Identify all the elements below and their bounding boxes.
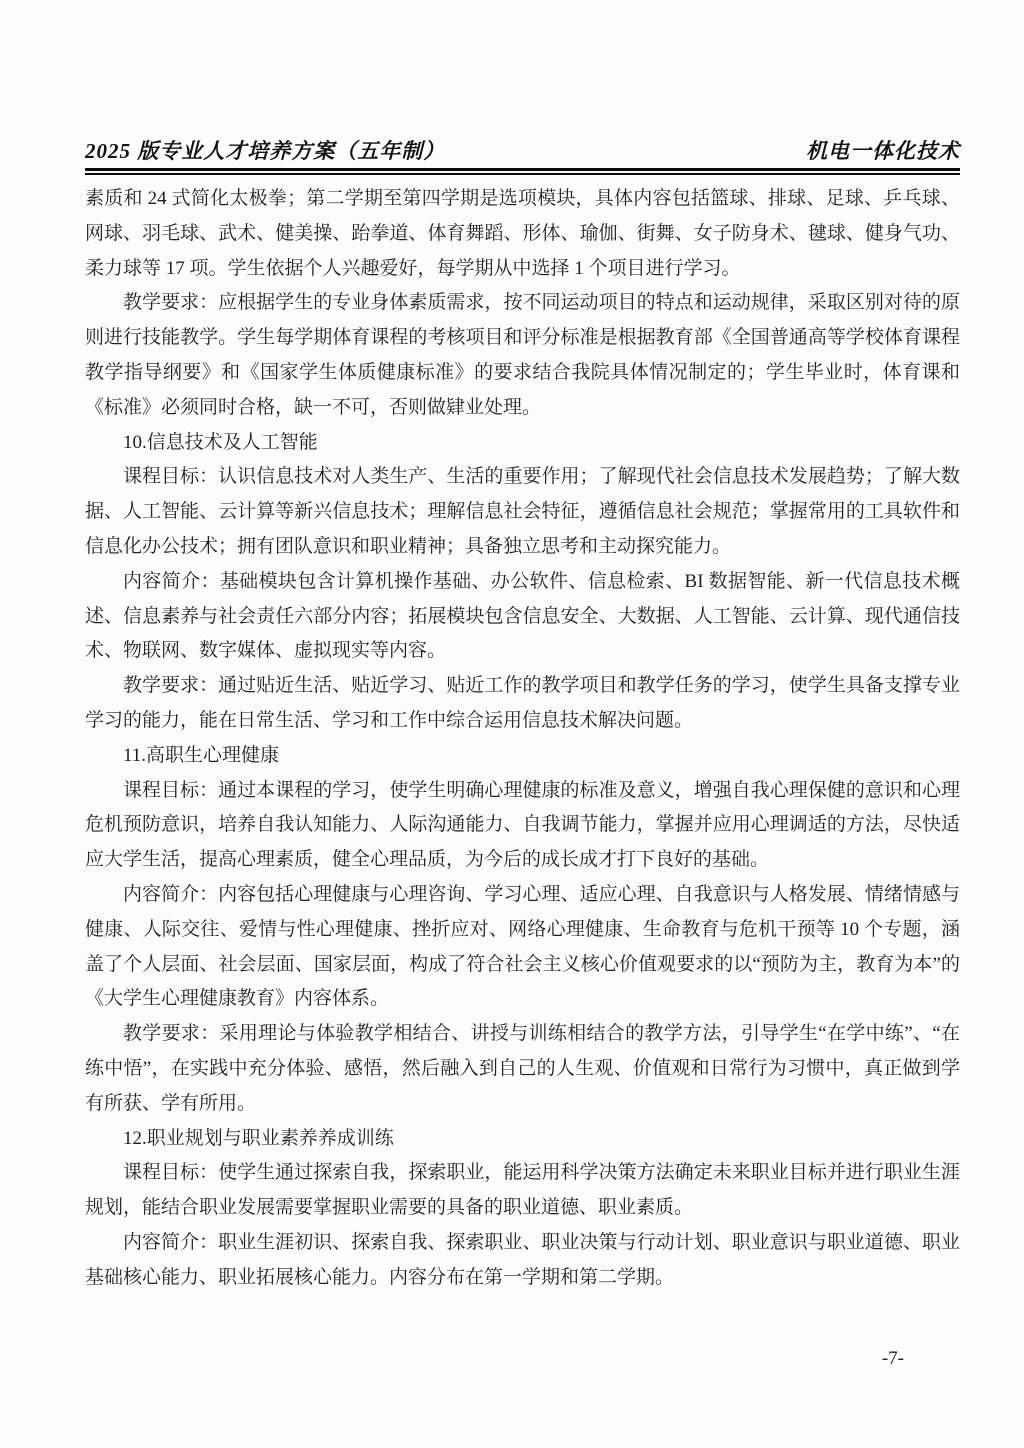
para-pe-elective-modules: 素质和 24 式简化太极拳；第二学期至第四学期是选项模块，具体内容包括篮球、排球… <box>85 182 960 286</box>
section-heading: 12.职业规划与职业素养养成训练 <box>85 1122 960 1157</box>
page-number: -7- <box>882 1348 904 1369</box>
document-body: 素质和 24 式简化太极拳；第二学期至第四学期是选项模块，具体内容包括篮球、排球… <box>85 182 960 1296</box>
header-left-title: 2025 版专业人才培养方案（五年制） <box>85 135 445 165</box>
para-pe-teaching-requirements: 教学要求：应根据学生的专业身体素质需求，按不同运动项目的特点和运动规律，采取区别… <box>85 286 960 425</box>
para-it-course-objectives: 课程目标：认识信息技术对人类生产、生活的重要作用；了解现代社会信息技术发展趋势；… <box>85 460 960 564</box>
para-career-content-summary: 内容简介：职业生涯初识、探索自我、探索职业、职业决策与行动计划、职业意识与职业道… <box>85 1226 960 1296</box>
para-psych-content-summary: 内容简介：内容包括心理健康与心理咨询、学习心理、适应心理、自我意识与人格发展、情… <box>85 878 960 1017</box>
header-right-title: 机电一体化技术 <box>806 135 960 165</box>
document-page: 2025 版专业人才培养方案（五年制） 机电一体化技术 素质和 24 式简化太极… <box>0 0 1024 1448</box>
page-footer: -7- <box>85 1348 960 1370</box>
header-double-rule <box>85 168 960 175</box>
para-career-course-objectives: 课程目标：使学生通过探索自我，探索职业，能运用科学决策方法确定未来职业目标并进行… <box>85 1156 960 1226</box>
section-heading: 11.高职生心理健康 <box>85 739 960 774</box>
para-psych-teaching-requirements: 教学要求：采用理论与体验教学相结合、讲授与训练相结合的教学方法，引导学生“在学中… <box>85 1017 960 1121</box>
page-header: 2025 版专业人才培养方案（五年制） 机电一体化技术 <box>85 134 960 166</box>
para-it-content-summary: 内容简介：基础模块包含计算机操作基础、办公软件、信息检索、BI 数据智能、新一代… <box>85 565 960 669</box>
section-heading: 10.信息技术及人工智能 <box>85 426 960 461</box>
para-psych-course-objectives: 课程目标：通过本课程的学习，使学生明确心理健康的标准及意义，增强自我心理保健的意… <box>85 774 960 878</box>
para-it-teaching-requirements: 教学要求：通过贴近生活、贴近学习、贴近工作的教学项目和教学任务的学习，使学生具备… <box>85 669 960 739</box>
